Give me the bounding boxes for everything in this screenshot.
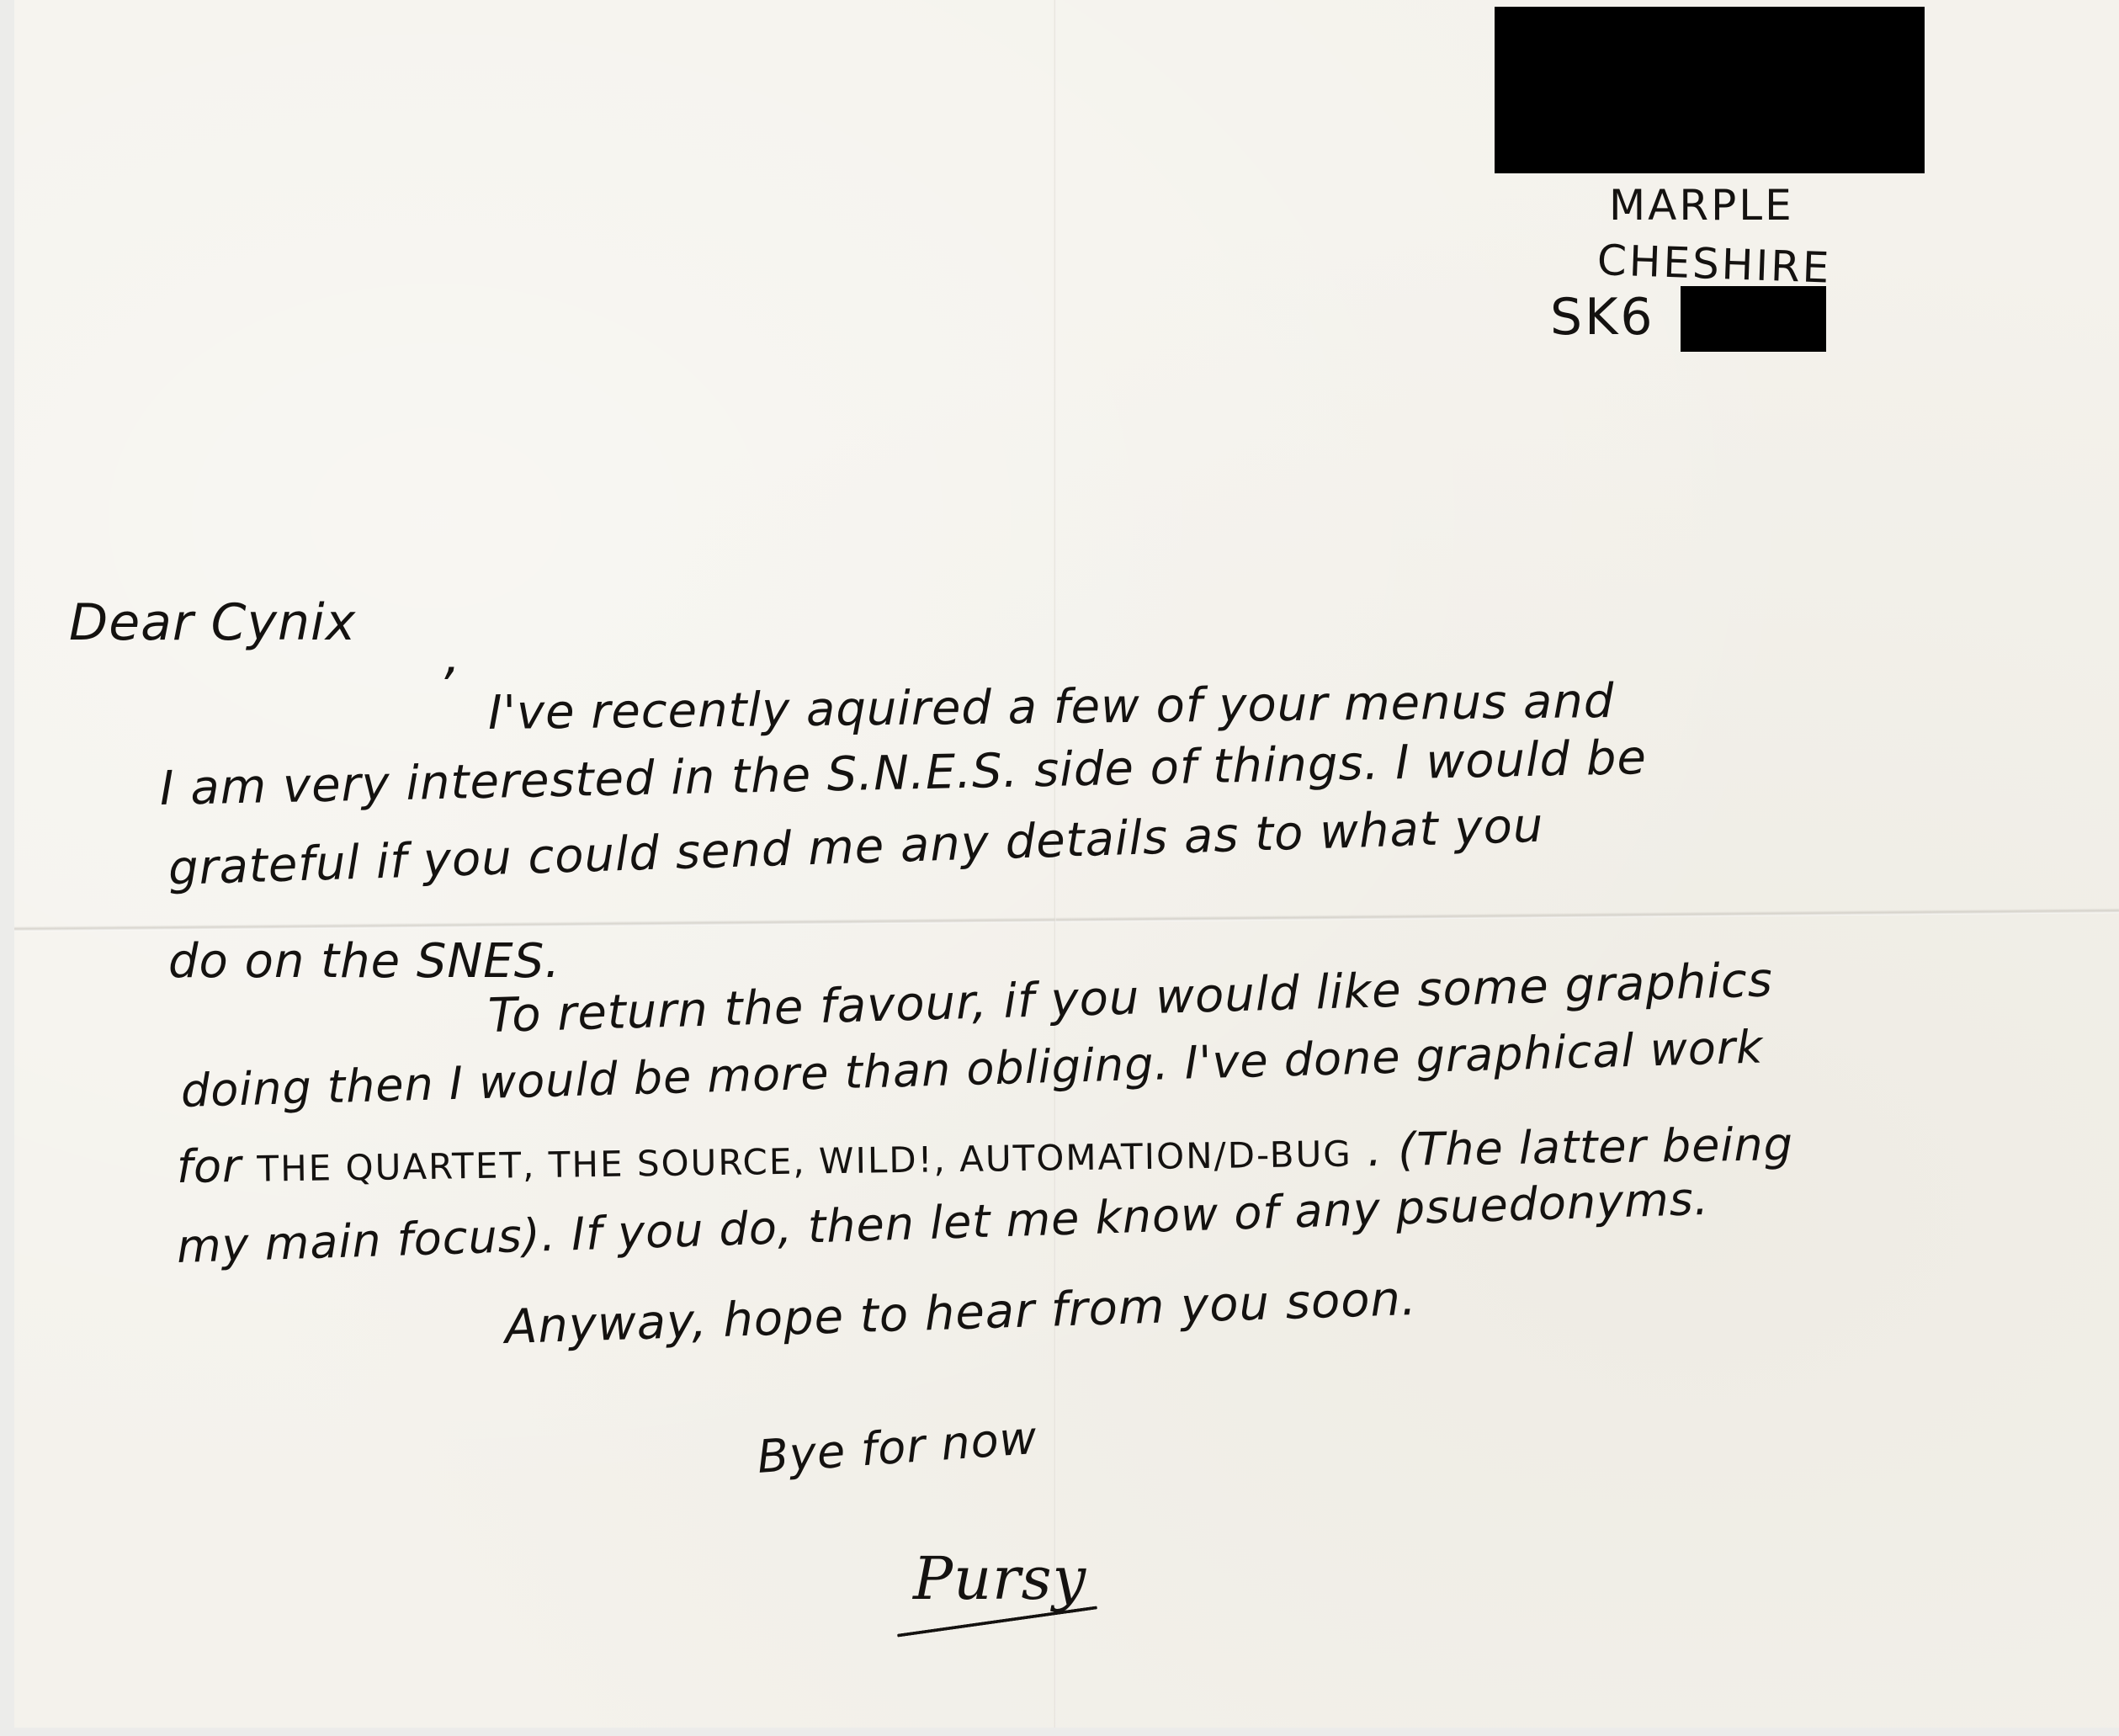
greeting: Dear Cynix — [69, 593, 356, 652]
greeting-text: Dear Cynix — [69, 593, 356, 652]
address-postcode-prefix: SK6 — [1550, 288, 1655, 347]
body-line-7-suffix: . (The latter being — [1367, 1118, 1793, 1176]
signature: Pursy — [913, 1544, 1086, 1613]
redacted-postcode-suffix — [1681, 286, 1826, 352]
paper-fold-horizontal — [14, 908, 2119, 932]
body-line-4: do on the SNES. — [168, 934, 560, 989]
body-line-7-prefix: for — [177, 1139, 242, 1193]
greeting-comma: , — [444, 627, 461, 686]
address-county: CHESHIRE — [1596, 236, 1832, 293]
address-town: MARPLE — [1609, 181, 1794, 230]
redacted-address-line — [1495, 7, 1925, 173]
